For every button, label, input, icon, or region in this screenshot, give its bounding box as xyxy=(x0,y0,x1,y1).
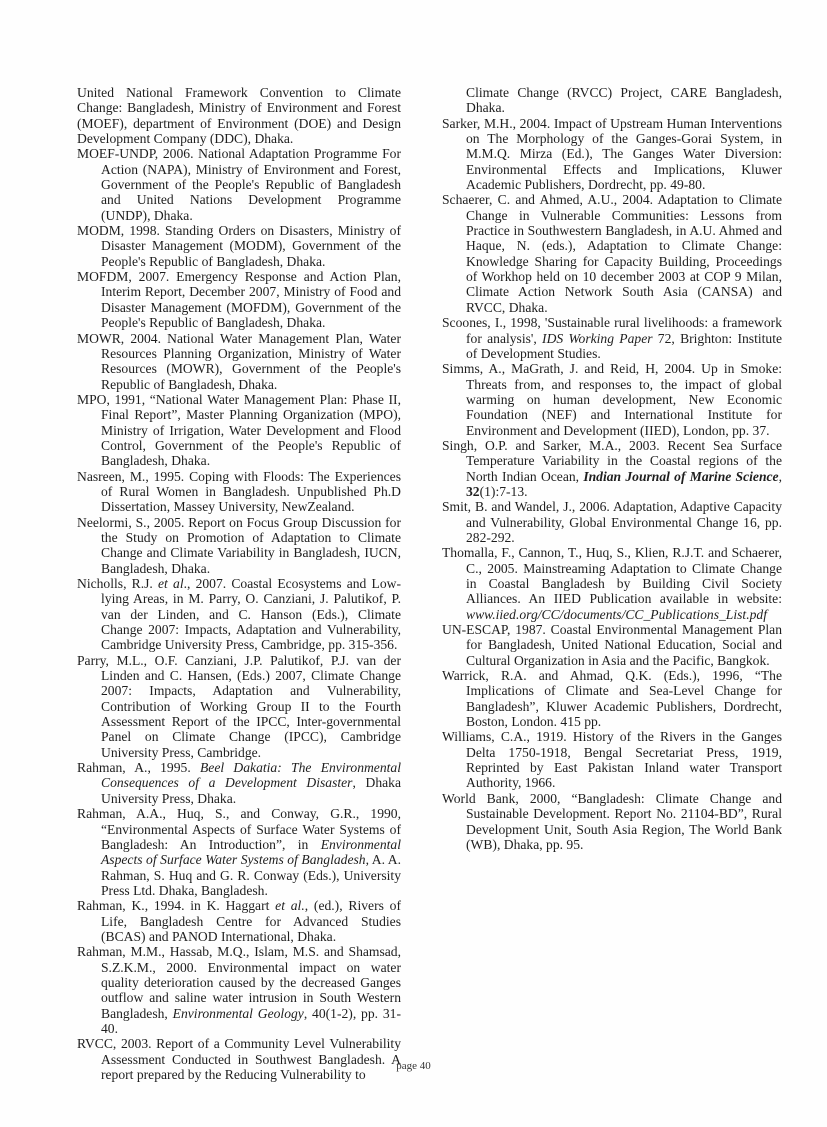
reference-item: Nasreen, M., 1995. Coping with Floods: T… xyxy=(77,469,401,515)
reference-item: Warrick, R.A. and Ahmad, Q.K. (Eds.), 19… xyxy=(442,668,782,729)
reference-italic: Environmental Geology xyxy=(173,1006,304,1021)
reference-text: Thomalla, F., Cannon, T., Huq, S., Klien… xyxy=(442,545,782,606)
reference-item: Thomalla, F., Cannon, T., Huq, S., Klien… xyxy=(442,545,782,622)
reference-item: UN-ESCAP, 1987. Coastal Environmental Ma… xyxy=(442,622,782,668)
reference-item: Smit, B. and Wandel, J., 2006. Adaptatio… xyxy=(442,499,782,545)
reference-item: Rahman, K., 1994. in K. Haggart et al., … xyxy=(77,898,401,944)
reference-item: Rahman, A.A., Huq, S., and Conway, G.R.,… xyxy=(77,806,401,898)
reference-item: MPO, 1991, “National Water Management Pl… xyxy=(77,392,401,469)
reference-item: Singh, O.P. and Sarker, M.A., 2003. Rece… xyxy=(442,438,782,499)
reference-italic: et al. xyxy=(275,898,305,913)
references-left-column: United National Framework Convention to … xyxy=(77,85,401,1082)
reference-item: Rahman, A., 1995. Beel Dakatia: The Envi… xyxy=(77,760,401,806)
reference-italic: et al xyxy=(158,576,184,591)
reference-item: MOFDM, 2007. Emergency Response and Acti… xyxy=(77,269,401,330)
reference-item: Rahman, M.M., Hassab, M.Q., Islam, M.S. … xyxy=(77,944,401,1036)
reference-italic: IDS Working Paper xyxy=(542,331,652,346)
reference-item: Sarker, M.H., 2004. Impact of Upstream H… xyxy=(442,116,782,193)
reference-item: MOWR, 2004. National Water Management Pl… xyxy=(77,331,401,392)
reference-continuation: Climate Change (RVCC) Project, CARE Bang… xyxy=(442,85,782,116)
reference-item: Williams, C.A., 1919. History of the Riv… xyxy=(442,729,782,790)
reference-item: Scoones, I., 1998, 'Sustainable rural li… xyxy=(442,315,782,361)
reference-item: Simms, A., MaGrath, J. and Reid, H, 2004… xyxy=(442,361,782,438)
references-right-column: Climate Change (RVCC) Project, CARE Bang… xyxy=(442,85,782,852)
reference-item: Parry, M.L., O.F. Canziani, J.P. Palutik… xyxy=(77,653,401,760)
reference-item: Schaerer, C. and Ahmed, A.U., 2004. Adap… xyxy=(442,192,782,315)
journal-title: Indian Journal of Marine Science xyxy=(583,469,778,484)
reference-url[interactable]: www.iied.org/CC/documents/CC_Publication… xyxy=(466,607,767,622)
page-number: page 40 xyxy=(0,1060,827,1072)
reference-text: Nicholls, R.J. xyxy=(77,576,158,591)
reference-item: MOEF-UNDP, 2006. National Adaptation Pro… xyxy=(77,146,401,223)
reference-text: Rahman, K., 1994. in K. Haggart xyxy=(77,898,275,913)
reference-item: World Bank, 2000, “Bangladesh: Climate C… xyxy=(442,791,782,852)
journal-volume: 32 xyxy=(466,484,480,499)
reference-item: United National Framework Convention to … xyxy=(77,85,401,146)
reference-text: Rahman, A., 1995. xyxy=(77,760,200,775)
reference-text: , xyxy=(779,469,782,484)
reference-text: (1):7-13. xyxy=(480,484,528,499)
document-page: United National Framework Convention to … xyxy=(0,0,827,1127)
reference-item: MODM, 1998. Standing Orders on Disasters… xyxy=(77,223,401,269)
reference-item: Neelormi, S., 2005. Report on Focus Grou… xyxy=(77,515,401,576)
reference-item: Nicholls, R.J. et al., 2007. Coastal Eco… xyxy=(77,576,401,653)
